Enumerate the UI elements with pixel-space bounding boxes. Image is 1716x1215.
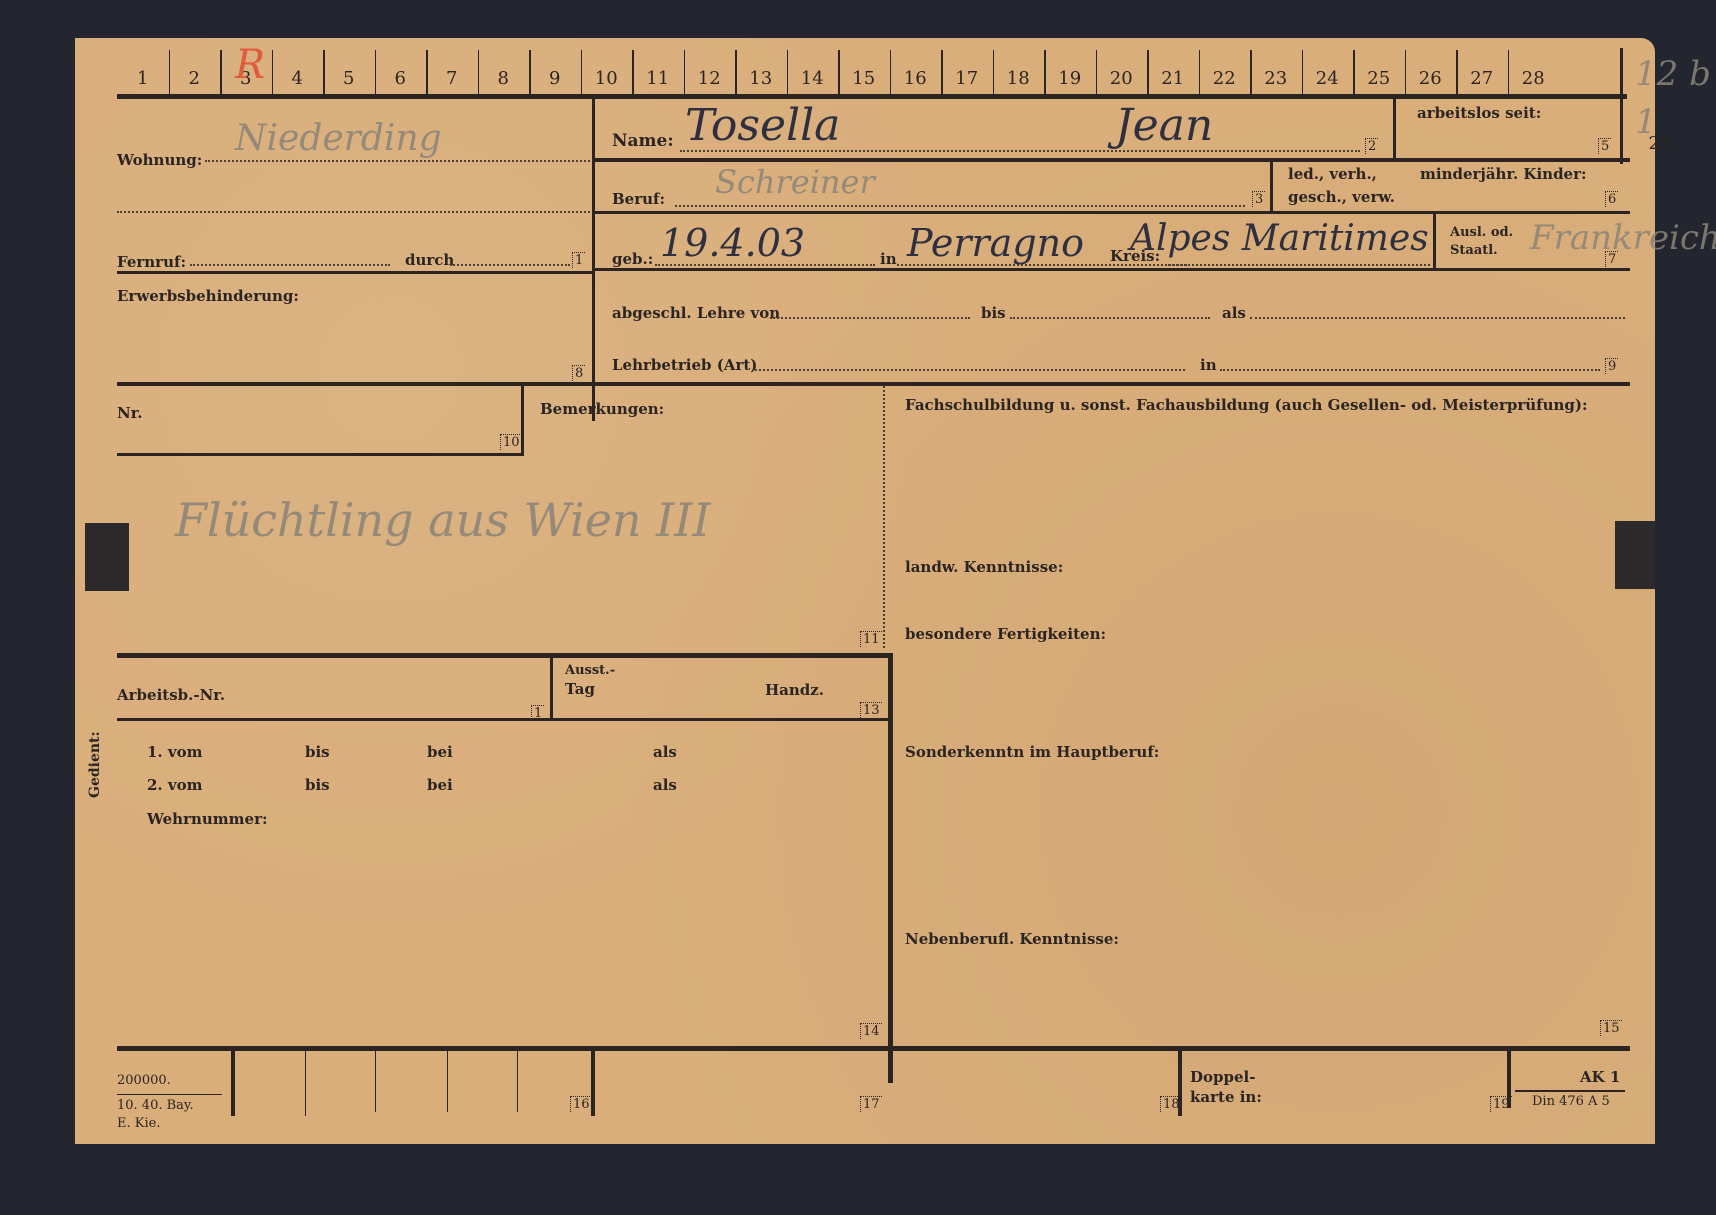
ruler-number: 9 [529,68,581,89]
landw-kenntnisse-label: landw. Kenntnisse: [905,558,1063,576]
right-tab-mark [1615,521,1655,589]
ruler-tick [375,50,377,96]
ruler-number: 12 [684,68,736,89]
ruler-baseline [117,94,1627,99]
field-number-17: 17 [860,1096,882,1112]
ruler-number: 1 [117,68,169,89]
ruler-tick [323,50,325,96]
fernruf-label: Fernruf: [117,253,186,271]
gedient-row1-bei-label: bei [427,743,453,761]
divider [1433,214,1436,269]
divider [1507,1046,1511,1108]
divider [595,158,1630,162]
ruler-number: 21 [1147,68,1199,89]
corner-divider [1620,48,1623,164]
ruler-tick [890,50,892,96]
beruf-value: Schreiner [715,163,875,201]
ruler-number: 2 [169,68,221,89]
divider [231,1046,235,1116]
field-number-10: 10 [500,434,522,450]
fernruf-field[interactable] [190,264,390,266]
ruler-number: 5 [323,68,375,89]
doppelkarte-label-2: karte in: [1190,1088,1262,1106]
ruler-tick [787,50,789,96]
divider [447,1050,448,1112]
ruler-tick [272,50,274,96]
field-number-2: 2 [1365,138,1378,154]
name-label: Name: [612,131,674,151]
divider [1270,162,1273,214]
divider [117,1094,222,1095]
ruler-tick [1044,50,1046,96]
ruler-tick [426,50,428,96]
ruler-tick [1147,50,1149,96]
divider [375,1050,376,1112]
ruler-number: 27 [1456,68,1508,89]
field-number-8: 8 [572,365,585,381]
ruler-number: 17 [941,68,993,89]
arbeitslos-seit-label: arbeitslos seit: [1417,104,1541,122]
ausst-label: Ausst.- [565,663,615,678]
geb-date-value: 19.4.03 [660,221,805,265]
arbeitsbuch-nr-label: Arbeitsb.-Nr. [117,686,225,704]
ruler-number: 24 [1302,68,1354,89]
gedient-row1-als-label: als [653,743,677,761]
divider [517,1050,518,1112]
corner-pencil-note: 12 b 1 [1635,50,1711,146]
ruler-number: 10 [581,68,633,89]
print-run: 200000. [117,1073,171,1088]
beruf-label: Beruf: [612,190,665,208]
divider [595,268,1630,271]
staatsangehoerigkeit-value: Frankreich [1530,218,1716,258]
durch-label: durch [405,251,454,269]
ruler-tick [684,50,686,96]
ruler-tick [1302,50,1304,96]
geb-label: geb.: [612,250,653,268]
divider [117,653,892,658]
divider [1393,99,1396,159]
lehre-von-field[interactable] [770,317,970,319]
ruler-number: 18 [993,68,1045,89]
ruler-tick [1405,50,1407,96]
divider [550,656,553,720]
ruler-tick [838,50,840,96]
nebenberufl-kenntnisse-label: Nebenberufl. Kenntnisse: [905,930,1119,948]
ruler-tick [1199,50,1201,96]
gedient-row1-vom-label: 1. vom [147,743,202,761]
gedient-row1-bis-label: bis [305,743,330,761]
ruler-tick [169,50,171,96]
ruler-number: 7 [426,68,478,89]
divider [117,718,892,721]
ausl-staatl-label-2: Staatl. [1450,243,1498,258]
ruler-tick [529,50,531,96]
ruler-number: 23 [1250,68,1302,89]
lehre-von-label: abgeschl. Lehre von [612,304,780,322]
field-number-6: 6 [1605,191,1618,207]
familienstand-label-2: gesch., verw. [1288,188,1395,206]
field-number-11: 11 [860,631,882,647]
wehrnummer-label: Wehrnummer: [147,810,268,828]
geb-in-label: in [880,250,897,268]
ruler-number: 15 [838,68,890,89]
divider [305,1050,306,1116]
field-number-5: 5 [1598,138,1611,154]
field-number-7: 7 [1605,251,1618,267]
field-number-15: 15 [1600,1020,1622,1036]
bemerkungen-label: Bemerkungen: [540,400,664,418]
gedient-label: Gedient: [87,731,103,798]
ruler-number: 22 [1199,68,1251,89]
lehrbetrieb-in-field[interactable] [1220,369,1600,371]
ruler-tick [993,50,995,96]
gedient-row2-bei-label: bei [427,776,453,794]
lehrbetrieb-in-label: in [1200,356,1217,374]
ruler-tick [941,50,943,96]
ruler-number: 14 [787,68,839,89]
gedient-row2-bis-label: bis [305,776,330,794]
ruler-number: 16 [890,68,942,89]
ruler-number: 4 [272,68,324,89]
divider [117,453,524,456]
lehre-als-label: als [1222,304,1246,322]
divider [117,1046,1630,1051]
wohnung-value: Niederding [235,118,442,159]
sonderkenntnisse-label: Sonderkenntn im Hauptberuf: [905,743,1159,761]
kreis-field[interactable] [1165,264,1430,266]
besondere-fertigkeiten-label: besondere Fertigkeiten: [905,625,1106,643]
ruler-number: 26 [1405,68,1457,89]
ruler-number: 20 [1096,68,1148,89]
doppelkarte-label-1: Doppel- [1190,1068,1255,1086]
tag-label: Tag [565,680,595,698]
familienstand-label-1: led., verh., [1288,165,1377,183]
field-number-16: 16 [570,1096,592,1112]
print-info-2: E. Kie. [117,1116,160,1131]
fachschulbildung-label: Fachschulbildung u. sonst. Fachausbildun… [905,396,1588,414]
wohnung-line-2[interactable] [117,211,590,213]
divider [595,211,1630,214]
ruler-tick [1096,50,1098,96]
erwerbsbehinderung-label: Erwerbsbehinderung: [117,287,299,305]
red-mark: R [235,42,265,88]
ruler-tick [1353,50,1355,96]
index-card: 1234567891011121314151617181920212223242… [75,38,1655,1144]
divider [117,382,1630,386]
minderjaehrige-kinder-label: minderjähr. Kinder: [1420,165,1587,183]
ruler-number: 28 [1508,68,1560,89]
ruler-tick [478,50,480,96]
ruler-tick [220,50,222,96]
lehre-bis-field[interactable] [1010,317,1210,319]
ausl-staatl-label-1: Ausl. od. [1450,225,1513,240]
form-code: Din 476 A 5 [1532,1094,1610,1109]
gedient-row2-vom-label: 2. vom [147,776,202,794]
ruler-tick [581,50,583,96]
ruler-tick [1250,50,1252,96]
field-number-14: 14 [860,1023,882,1039]
ruler-tick [1508,50,1510,96]
ruler-tick [632,50,634,96]
ruler-number: 25 [1353,68,1405,89]
divider [117,271,595,274]
beruf-field[interactable] [675,205,1245,207]
field-number-9: 9 [1605,358,1618,374]
divider [591,1046,595,1116]
name-surname-value: Tosella [685,100,840,151]
form-id: AK 1 [1580,1068,1620,1086]
ruler-number: 8 [478,68,530,89]
lehrbetrieb-label: Lehrbetrieb (Art) [612,356,757,374]
divider [1515,1090,1625,1092]
name-given-value: Jean [1115,100,1213,151]
ruler-number: 19 [1044,68,1096,89]
durch-field[interactable] [450,264,570,266]
ruler-number: 6 [375,68,427,89]
wohnung-line-1[interactable] [205,160,590,162]
left-tab-mark [85,523,129,591]
gedient-row2-als-label: als [653,776,677,794]
nr-label: Nr. [117,404,142,422]
lehre-bis-label: bis [981,304,1006,322]
divider [1178,1046,1182,1116]
ruler-tick [735,50,737,96]
ruler-tick [1456,50,1458,96]
ruler-number: 11 [632,68,684,89]
lehre-als-field[interactable] [1250,317,1625,319]
handz-label: Handz. [765,681,824,699]
wohnung-label: Wohnung: [117,151,202,169]
print-info-1: 10. 40. Bay. [117,1098,194,1113]
kreis-value: Alpes Maritimes [1130,218,1429,259]
field-number-3: 3 [1252,191,1265,207]
left-block-divider [592,99,595,421]
dotted-divider [883,386,885,648]
geb-ort-value: Perragno [907,221,1084,265]
field-number-1: 1 [572,252,585,268]
lehrbetrieb-field[interactable] [755,369,1185,371]
ruler-number: 13 [735,68,787,89]
field-number-13: 13 [860,702,882,718]
bemerkungen-value: Flüchtling aus Wien III [175,493,711,547]
